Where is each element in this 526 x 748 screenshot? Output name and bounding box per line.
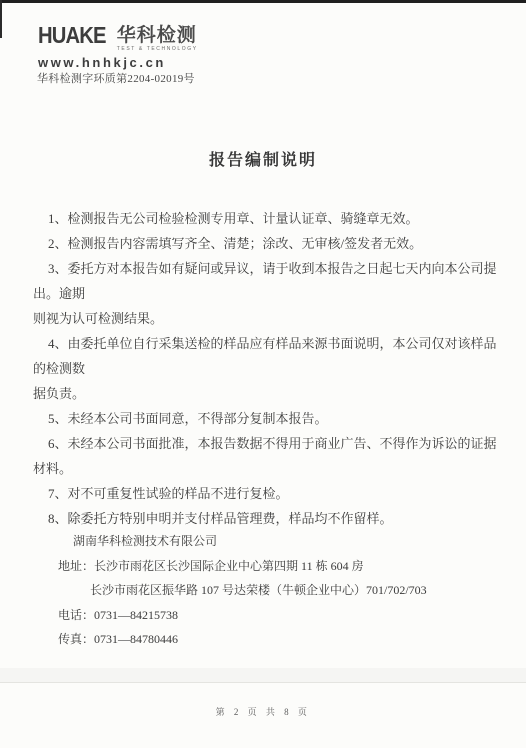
note-item-7: 7、对不可重复性试验的样品不进行复检。 <box>33 481 497 506</box>
page-title: 报告编制说明 <box>0 147 526 170</box>
document-page: HUAKE 华科检测 TEST & TECHNOLOGY www.hnhkjc.… <box>0 0 526 748</box>
fax-label: 传真： <box>58 632 94 646</box>
note-line: 6、未经本公司书面批准，本报告数据不得用于商业广告、不得作为诉讼的证据材料。 <box>33 431 497 481</box>
note-item-1: 1、检测报告无公司检验检测专用章、计量认证章、骑缝章无效。 <box>33 206 497 231</box>
note-line: 7、对不可重复性试验的样品不进行复检。 <box>33 481 497 506</box>
note-item-3: 3、委托方对本报告如有疑问或异议，请于收到本报告之日起七天内向本公司提出。逾期 … <box>33 256 497 331</box>
company-address-line2: 长沙市雨花区振华路 107 号达荣楼（牛顿企业中心）701/702/703 <box>90 578 427 603</box>
company-fax: 传真：0731—84780446 <box>58 627 427 652</box>
notes-list: 1、检测报告无公司检验检测专用章、计量认证章、骑缝章无效。 2、检测报告内容需填… <box>33 206 497 531</box>
logo-tagline: TEST & TECHNOLOGY <box>117 46 198 52</box>
company-name: 湖南华科检测技术有限公司 <box>73 529 427 554</box>
scan-artifact-band <box>0 668 526 683</box>
address-label: 地址： <box>58 559 94 573</box>
scan-top-edge <box>0 0 526 3</box>
note-line: 2、检测报告内容需填写齐全、清楚；涂改、无审核/签发者无效。 <box>33 231 497 256</box>
phone-value: 0731—84215738 <box>94 608 178 622</box>
note-item-4: 4、由委托单位自行采集送检的样品应有样品来源书面说明，本公司仅对该样品的检测数 … <box>33 331 497 406</box>
phone-label: 电话： <box>58 608 94 622</box>
company-logo: HUAKE 华科检测 TEST & TECHNOLOGY www.hnhkjc.… <box>38 26 198 70</box>
address-value-1: 长沙市雨花区长沙国际企业中心第四期 11 栋 604 房 <box>94 559 364 573</box>
document-number: 华科检测字环质第2204-02019号 <box>37 70 195 86</box>
logo-brand-chinese: 华科检测 <box>117 26 198 45</box>
note-line: 则视为认可检测结果。 <box>33 306 497 331</box>
scan-left-edge <box>0 0 2 38</box>
logo-website: www.hnhkjc.cn <box>38 55 198 70</box>
fax-value: 0731—84780446 <box>94 632 178 646</box>
note-line: 据负责。 <box>33 381 497 406</box>
note-item-8: 8、除委托方特别申明并支付样品管理费，样品均不作留样。 <box>33 506 497 531</box>
note-line: 8、除委托方特别申明并支付样品管理费，样品均不作留样。 <box>33 506 497 531</box>
logo-brand-text: HUAKE <box>38 26 106 45</box>
company-info-block: 湖南华科检测技术有限公司 地址：长沙市雨花区长沙国际企业中心第四期 11 栋 6… <box>58 529 427 652</box>
note-item-6: 6、未经本公司书面批准，本报告数据不得用于商业广告、不得作为诉讼的证据材料。 <box>33 431 497 481</box>
note-line: 3、委托方对本报告如有疑问或异议，请于收到本报告之日起七天内向本公司提出。逾期 <box>33 256 497 306</box>
note-line: 5、未经本公司书面同意，不得部分复制本报告。 <box>33 406 497 431</box>
note-item-5: 5、未经本公司书面同意，不得部分复制本报告。 <box>33 406 497 431</box>
note-item-2: 2、检测报告内容需填写齐全、清楚；涂改、无审核/签发者无效。 <box>33 231 497 256</box>
note-line: 1、检测报告无公司检验检测专用章、计量认证章、骑缝章无效。 <box>33 206 497 231</box>
company-phone: 电话：0731—84215738 <box>58 603 427 628</box>
address-value-2: 长沙市雨花区振华路 107 号达荣楼（牛顿企业中心）701/702/703 <box>90 583 427 597</box>
company-address-line1: 地址：长沙市雨花区长沙国际企业中心第四期 11 栋 604 房 <box>58 554 427 579</box>
note-line: 4、由委托单位自行采集送检的样品应有样品来源书面说明，本公司仅对该样品的检测数 <box>33 331 497 381</box>
page-number-indicator: 第 2 页 共 8 页 <box>0 705 526 718</box>
